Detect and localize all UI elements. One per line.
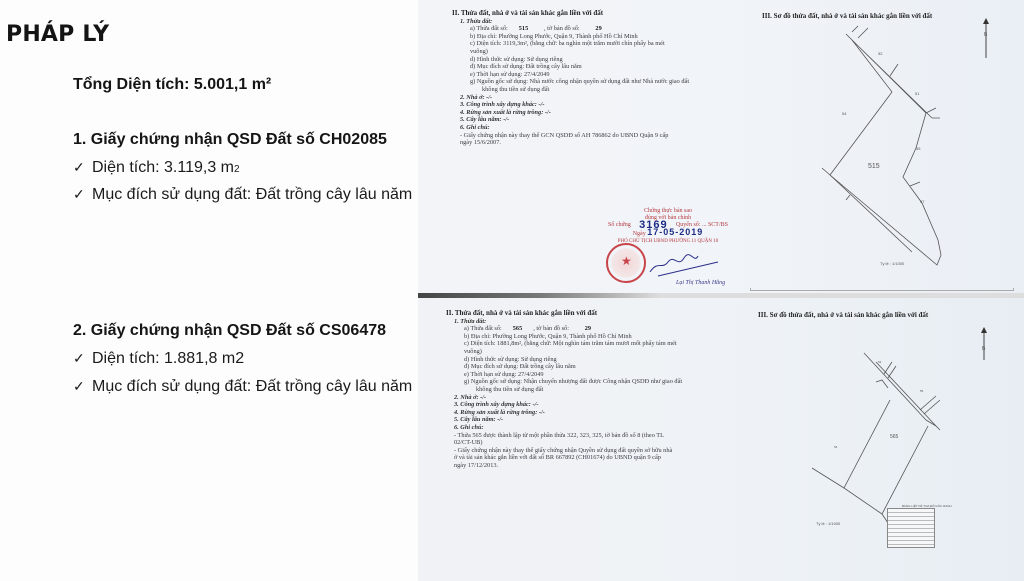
- certificate-2-heading: 2. Giấy chứng nhận QSD Đất số CS06478: [73, 322, 386, 340]
- total-area: Tổng Diện tích: 5.001,1 m²: [73, 76, 271, 94]
- signer-name: Lại Thị Thanh Hằng: [676, 280, 725, 286]
- check-icon: ✓: [73, 186, 92, 203]
- svg-text:55: 55: [916, 146, 921, 151]
- certificate-1-purpose: ✓ Mục đích sử dụng đất: Đất trồng cây lâ…: [73, 186, 412, 204]
- parcel-label: 565: [890, 434, 899, 440]
- certificate-1-area: ✓ Diện tích: 3.119,3 m2: [73, 159, 240, 177]
- svg-text:52: 52: [878, 360, 882, 364]
- svg-text:B: B: [984, 32, 988, 38]
- svg-text:54: 54: [834, 445, 838, 449]
- parcel-plan-515: 52 51 54 55 57 515 Tỷ lệ : 1/1000 B: [740, 0, 1024, 294]
- certificate-1-heading: 1. Giấy chứng nhận QSD Đất số CH02085: [73, 131, 387, 149]
- certificate-1-details: II. Thửa đất, nhà ở và tài sản khác gắn …: [452, 10, 722, 147]
- page-title: PHÁP LÝ: [6, 22, 109, 47]
- certificate-scan-1: II. Thửa đất, nhà ở và tài sản khác gắn …: [418, 0, 1024, 294]
- svg-text:51: 51: [915, 91, 920, 96]
- certificate-2-purpose: ✓ Mục đích sử dụng đất: Đất trồng cây lâ…: [73, 378, 412, 396]
- svg-text:54: 54: [842, 111, 847, 116]
- coordinate-table: [887, 508, 935, 548]
- signature-icon: [648, 250, 728, 280]
- svg-text:Tỷ lệ : 1/1000: Tỷ lệ : 1/1000: [880, 261, 905, 266]
- legal-summary-panel: PHÁP LÝ Tổng Diện tích: 5.001,1 m² 1. Gi…: [0, 0, 418, 581]
- svg-text:55: 55: [920, 389, 924, 393]
- certification-stamp: Chứng thực bản sao đúng với bản chính Số…: [608, 208, 728, 245]
- svg-text:Tỷ lệ : 1/1000: Tỷ lệ : 1/1000: [816, 521, 841, 526]
- certificate-2-area: ✓ Diện tích: 1.881,8 m2: [73, 350, 244, 368]
- parcel-label: 515: [868, 163, 880, 170]
- check-icon: ✓: [73, 378, 92, 395]
- svg-text:57: 57: [920, 199, 925, 204]
- parcel-number: 565: [513, 325, 522, 332]
- official-seal-icon: [606, 243, 646, 283]
- svg-text:B: B: [982, 346, 986, 352]
- svg-text:52: 52: [878, 51, 883, 56]
- check-icon: ✓: [73, 350, 92, 367]
- check-icon: ✓: [73, 159, 92, 176]
- parcel-plan-565: 565 54 52 55 Tỷ lệ : 1/1000 B: [740, 298, 1024, 581]
- stamp-date: 17-05-2019: [647, 227, 703, 237]
- certificate-scan-2: II. Thửa đất, nhà ở và tài sản khác gắn …: [418, 298, 1024, 581]
- certificate-2-details: II. Thửa đất, nhà ở và tài sản khác gắn …: [446, 310, 736, 469]
- parcel-number: 515: [519, 25, 528, 32]
